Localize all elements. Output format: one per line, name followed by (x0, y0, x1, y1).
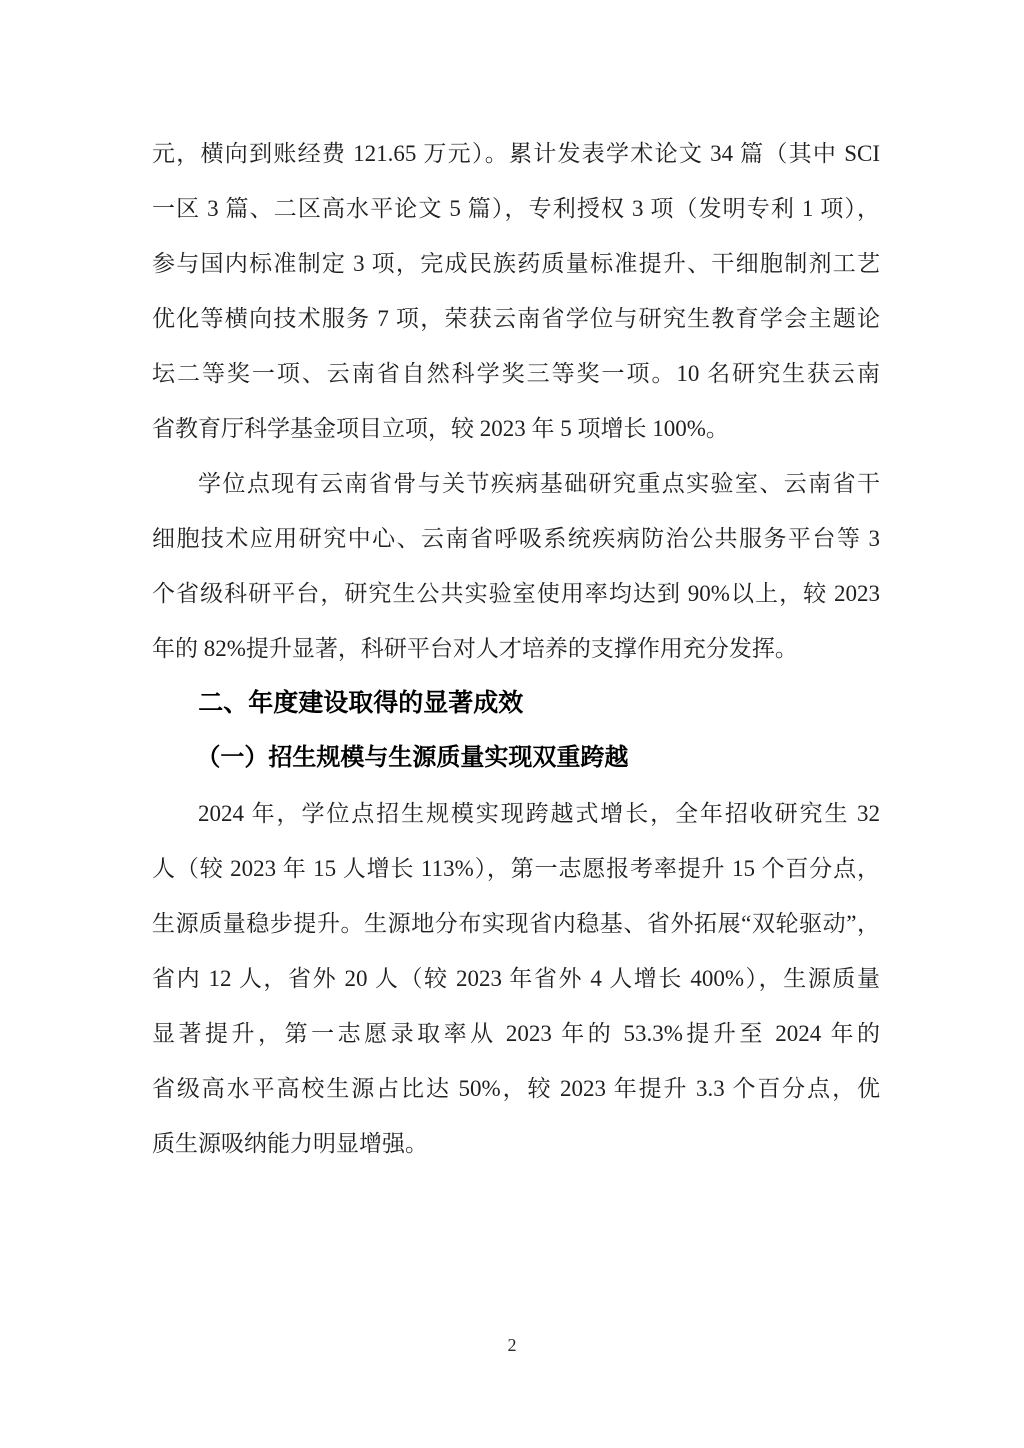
body-line: 人（较 2023 年 15 人增长 113%），第一志愿报考率提升 15 个百分… (152, 841, 880, 896)
subsection-heading: （一）招生规模与生源质量实现双重跨越 (152, 731, 880, 786)
body-line: 一区 3 篇、二区高水平论文 5 篇），专利授权 3 项（发明专利 1 项）， (152, 181, 880, 236)
body-line: 细胞技术应用研究中心、云南省呼吸系统疾病防治公共服务平台等 3 (152, 511, 880, 566)
body-line: 质生源吸纳能力明显增强。 (152, 1116, 880, 1171)
body-line: 年的 82%提升显著，科研平台对人才培养的支撑作用充分发挥。 (152, 621, 880, 676)
body-line: 优化等横向技术服务 7 项，荣获云南省学位与研究生教育学会主题论 (152, 291, 880, 346)
document-page: 元，横向到账经费 121.65 万元）。累计发表学术论文 34 篇（其中 SCI… (0, 0, 1024, 1448)
section-heading: 二、年度建设取得的显著成效 (152, 676, 880, 731)
body-line: 省级高水平高校生源占比达 50%，较 2023 年提升 3.3 个百分点，优 (152, 1061, 880, 1116)
body-line: 个省级科研平台，研究生公共实验室使用率均达到 90%以上，较 2023 (152, 566, 880, 621)
body-line: 坛二等奖一项、云南省自然科学奖三等奖一项。10 名研究生获云南 (152, 346, 880, 401)
body-line: 省教育厅科学基金项目立项，较 2023 年 5 项增长 100%。 (152, 401, 880, 456)
body-line: 2024 年，学位点招生规模实现跨越式增长，全年招收研究生 32 (152, 786, 880, 841)
body-line: 省内 12 人，省外 20 人（较 2023 年省外 4 人增长 400%），生… (152, 951, 880, 1006)
body-line: 显著提升，第一志愿录取率从 2023 年的 53.3%提升至 2024 年的 6… (152, 1006, 880, 1061)
body-line: 元，横向到账经费 121.65 万元）。累计发表学术论文 34 篇（其中 SCI (152, 126, 880, 181)
document-body: 元，横向到账经费 121.65 万元）。累计发表学术论文 34 篇（其中 SCI… (152, 126, 880, 1171)
body-line: 学位点现有云南省骨与关节疾病基础研究重点实验室、云南省干 (152, 456, 880, 511)
body-line: 生源质量稳步提升。生源地分布实现省内稳基、省外拓展“双轮驱动”， (152, 896, 880, 951)
page-number: 2 (0, 1330, 1024, 1360)
body-line: 参与国内标准制定 3 项，完成民族药质量标准提升、干细胞制剂工艺 (152, 236, 880, 291)
